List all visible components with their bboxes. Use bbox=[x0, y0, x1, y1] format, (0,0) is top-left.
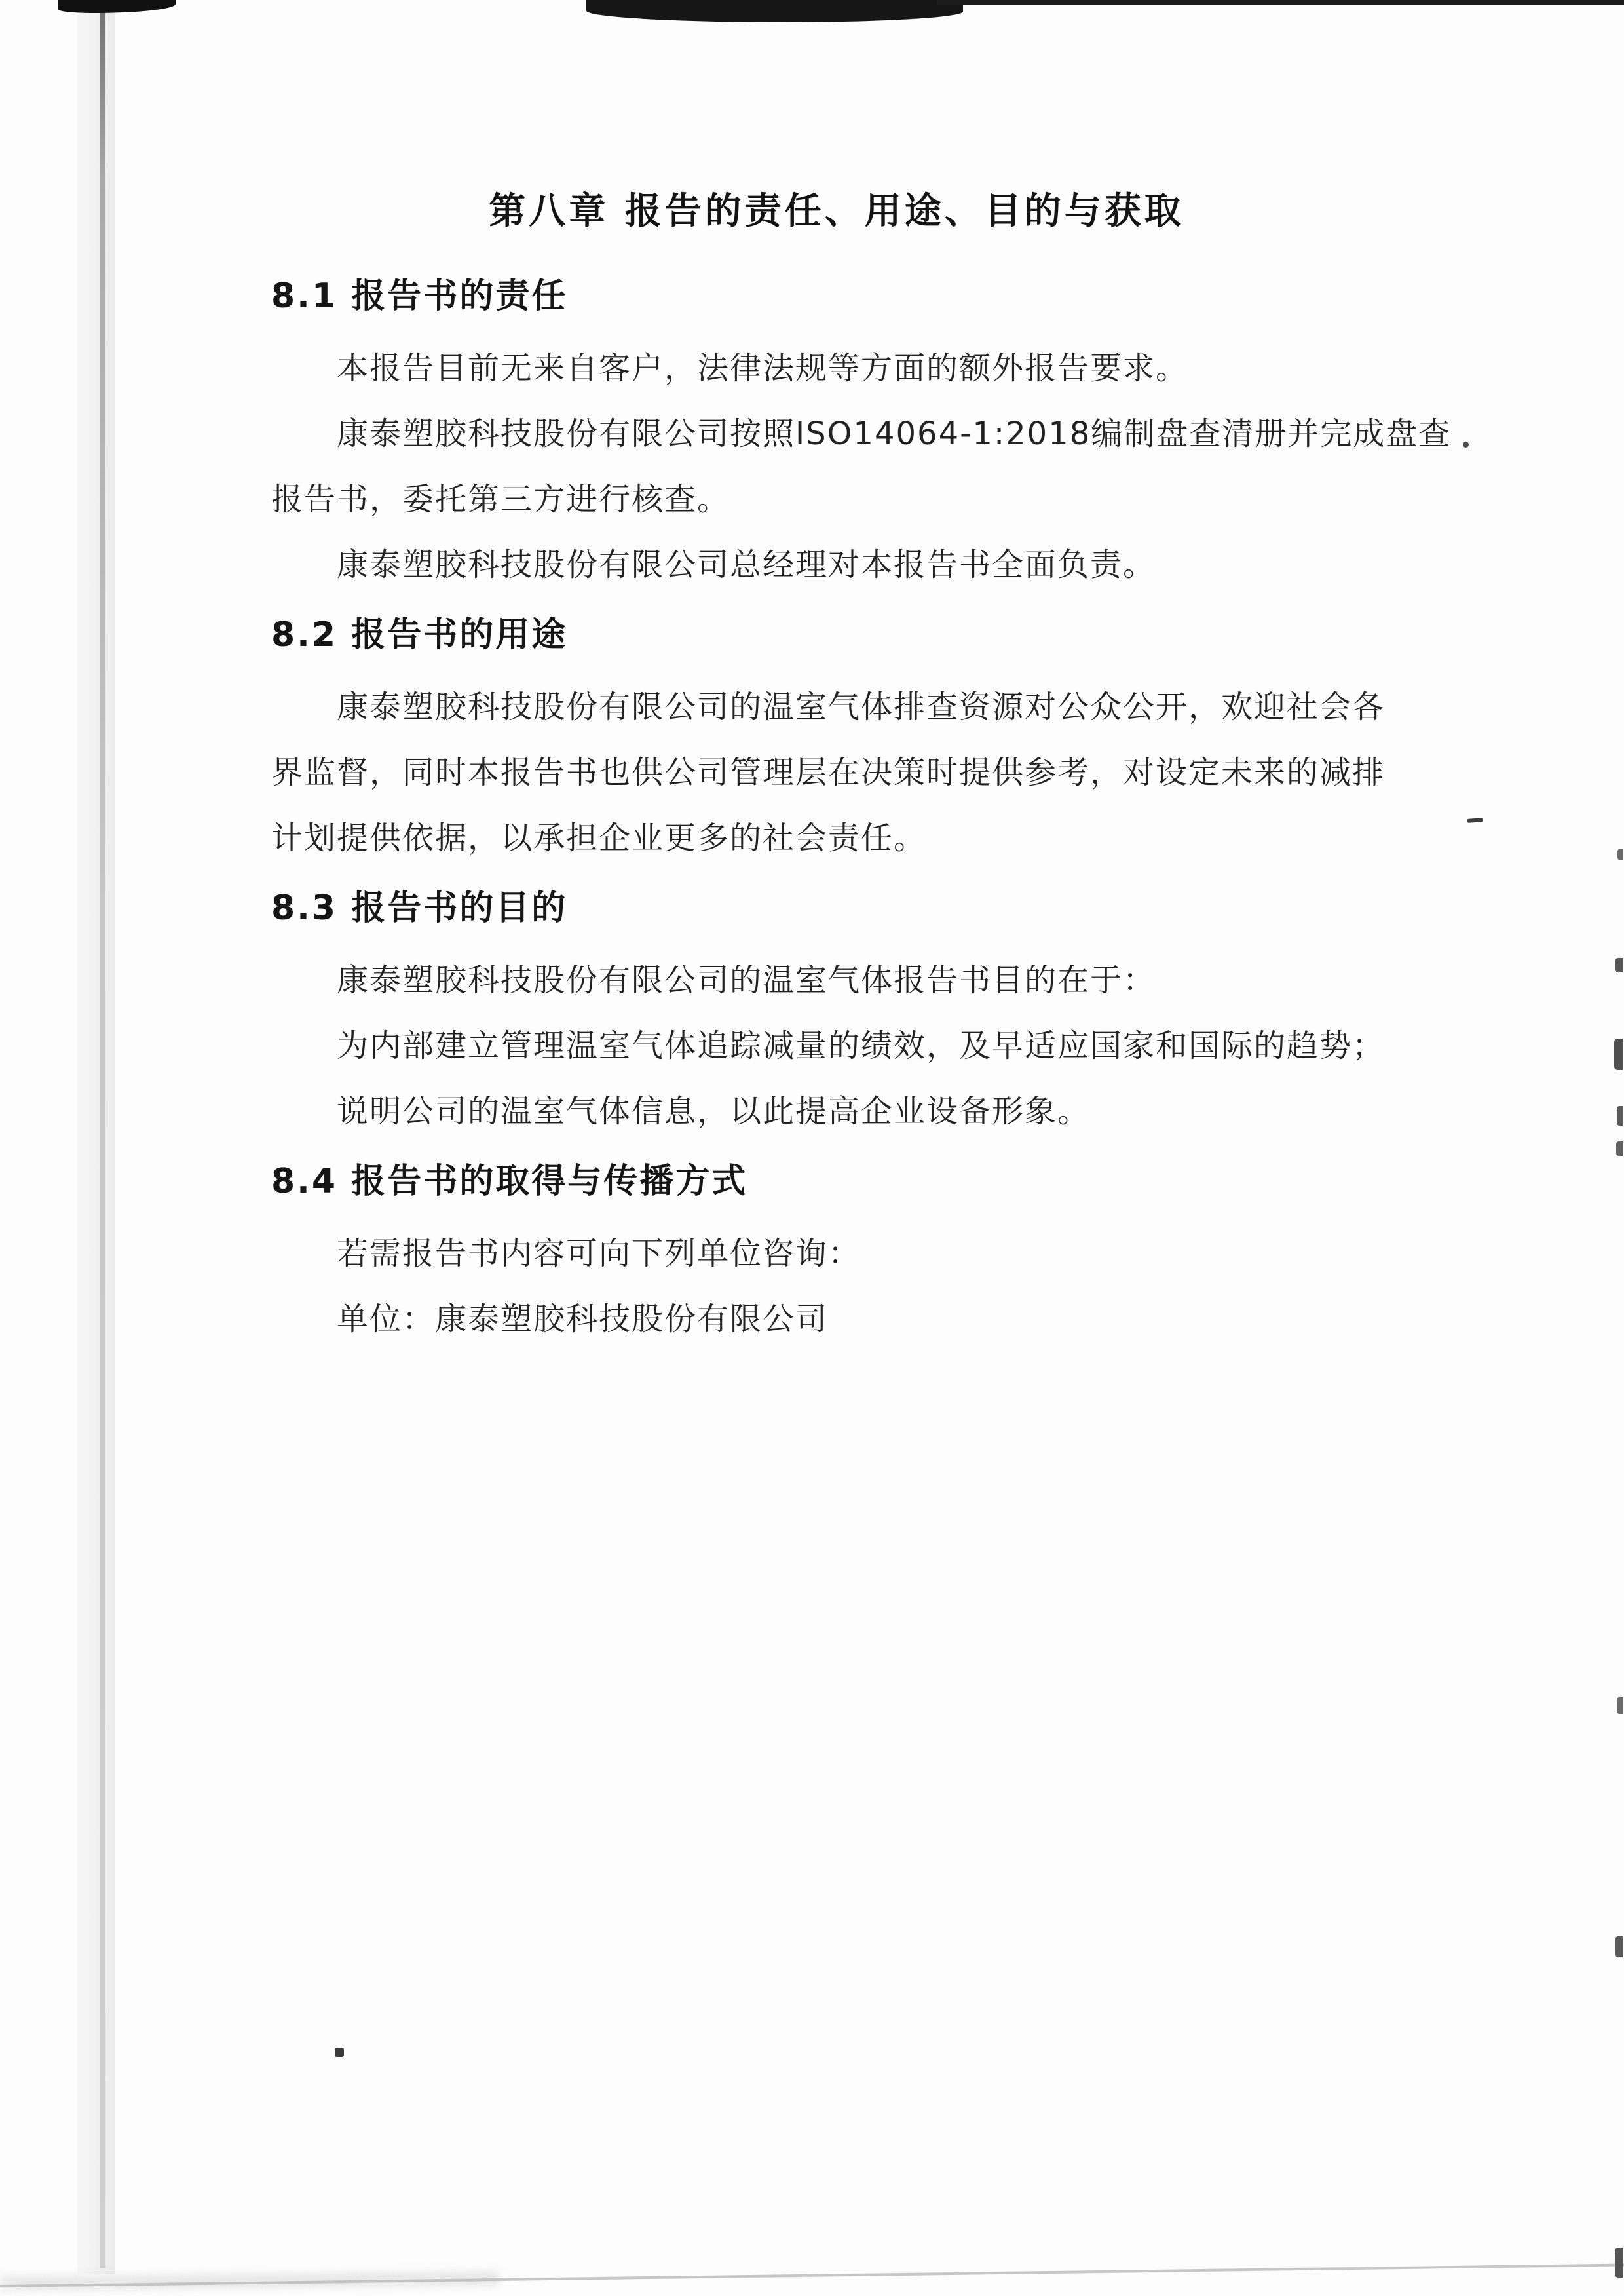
scan-edge-smudge bbox=[1617, 1697, 1623, 1714]
scan-edge-smudge bbox=[1614, 1039, 1623, 1070]
scan-speck bbox=[335, 2048, 344, 2057]
section-heading: 8.1 报告书的责任 bbox=[271, 277, 1402, 315]
scan-bottom-shade bbox=[0, 2271, 498, 2291]
document-content: 第八章 报告的责任、用途、目的与获取 8.1 报告书的责任 本报告目前无来自客户… bbox=[271, 191, 1402, 1367]
paragraph-line: 康泰塑胶科技股份有限公司按照ISO14064-1:2018编制盘查清册并完成盘查 bbox=[271, 416, 1402, 452]
paragraph-line: 康泰塑胶科技股份有限公司的温室气体排查资源对公众公开，欢迎社会各 bbox=[271, 689, 1402, 725]
scan-artifact-top-blob bbox=[586, 0, 963, 22]
scan-speck bbox=[1467, 818, 1483, 823]
report-section: 8.3 报告书的目的 康泰塑胶科技股份有限公司的温室气体报告书目的在于：为内部建… bbox=[271, 889, 1402, 1130]
section-heading: 8.3 报告书的目的 bbox=[271, 889, 1402, 927]
paragraph-line: 若需报告书内容可向下列单位咨询： bbox=[271, 1236, 1402, 1272]
scan-spine-line bbox=[100, 0, 105, 2268]
section-heading: 8.2 报告书的用途 bbox=[271, 616, 1402, 654]
paragraph-line: 报告书，委托第三方进行核查。 bbox=[271, 482, 1402, 518]
section-heading: 8.4 报告书的取得与传播方式 bbox=[271, 1162, 1402, 1200]
paragraph-line: 计划提供依据，以承担企业更多的社会责任。 bbox=[271, 820, 1402, 856]
scan-spine-shadow bbox=[77, 0, 115, 2274]
scan-edge-smudge bbox=[1615, 2248, 1623, 2278]
scan-edge-smudge bbox=[1616, 1141, 1623, 1156]
paragraph-line: 界监督，同时本报告书也供公司管理层在决策时提供参考，对设定未来的减排 bbox=[271, 755, 1402, 791]
scanned-report-page: 第八章 报告的责任、用途、目的与获取 8.1 报告书的责任 本报告目前无来自客户… bbox=[0, 0, 1624, 2296]
paragraph-line: 说明公司的温室气体信息，以此提高企业设备形象。 bbox=[271, 1094, 1402, 1130]
scan-bottom-edge-line bbox=[0, 2263, 1624, 2287]
paragraph-line: 为内部建立管理温室气体追踪减量的绩效，及早适应国家和国际的趋势； bbox=[271, 1028, 1402, 1064]
chapter-title: 第八章 报告的责任、用途、目的与获取 bbox=[271, 191, 1402, 232]
report-section: 8.4 报告书的取得与传播方式 若需报告书内容可向下列单位咨询：单位：康泰塑胶科… bbox=[271, 1162, 1402, 1337]
paragraph-line: 康泰塑胶科技股份有限公司的温室气体报告书目的在于： bbox=[271, 963, 1402, 999]
sections-container: 8.1 报告书的责任 本报告目前无来自客户，法律法规等方面的额外报告要求。康泰塑… bbox=[271, 277, 1402, 1337]
paragraph-line: 单位：康泰塑胶科技股份有限公司 bbox=[271, 1301, 1402, 1337]
report-section: 8.2 报告书的用途 康泰塑胶科技股份有限公司的温室气体排查资源对公众公开，欢迎… bbox=[271, 616, 1402, 856]
scan-edge-smudge bbox=[1617, 1106, 1623, 1126]
scan-artifact-top-line bbox=[937, 0, 1624, 5]
paragraph-line: 本报告目前无来自客户，法律法规等方面的额外报告要求。 bbox=[271, 351, 1402, 387]
report-section: 8.1 报告书的责任 本报告目前无来自客户，法律法规等方面的额外报告要求。康泰塑… bbox=[271, 277, 1402, 583]
scan-artifact-top-corner bbox=[58, 0, 176, 13]
scan-edge-smudge bbox=[1617, 849, 1623, 860]
scan-edge-smudge bbox=[1615, 958, 1623, 972]
scan-edge-smudge bbox=[1615, 1936, 1623, 1957]
paragraph-line: 康泰塑胶科技股份有限公司总经理对本报告书全面负责。 bbox=[271, 547, 1402, 583]
scan-speck bbox=[1463, 442, 1469, 448]
